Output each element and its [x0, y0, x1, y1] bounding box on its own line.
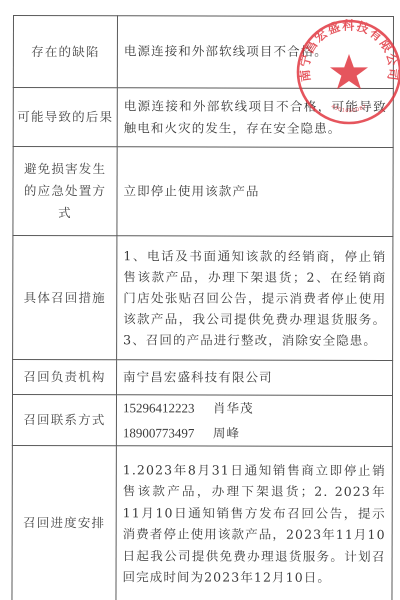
table-row-schedule: 召回进度安排 1.2023年8月31日通知销售商立即停止销售该款产品，办理下架退…	[12, 445, 392, 600]
label-contact: 召回联系方式	[12, 395, 116, 446]
label-schedule: 召回进度安排	[12, 445, 116, 600]
table-row-defect: 存在的缺陷 电源连接和外部软线项目不合格。	[13, 16, 393, 89]
table-row-consequence: 可能导致的后果 电源连接和外部软线项目不合格，可能导致触电和火灾的发生，存在安全…	[13, 88, 393, 148]
value-consequence: 电源连接和外部软线项目不合格，可能导致触电和火灾的发生，存在安全隐患。	[117, 88, 393, 148]
label-defect: 存在的缺陷	[13, 16, 117, 88]
contact-line-2: 18900773497周峰	[123, 420, 386, 446]
contact-phone-1: 15296412223	[123, 395, 203, 420]
label-responsible: 召回负责机构	[13, 360, 117, 395]
table-row-responsible: 召回负责机构 南宁昌宏盛科技有限公司	[13, 360, 393, 396]
label-measures: 具体召回措施	[13, 236, 117, 360]
contact-name-2: 周峰	[213, 426, 240, 441]
value-schedule: 1.2023年8月31日通知销售商立即停止销售该款产品，办理下架退货；2. 20…	[116, 446, 392, 600]
value-emergency: 立即停止使用该款产品	[117, 147, 393, 237]
value-defect: 电源连接和外部软线项目不合格。	[117, 16, 393, 89]
recall-notice-sheet: 存在的缺陷 电源连接和外部软线项目不合格。 可能导致的后果 电源连接和外部软线项…	[11, 15, 393, 593]
value-contact: 15296412223肖华茂 18900773497周峰	[116, 395, 392, 447]
label-emergency-text: 避免损害发生的应急处置方式	[21, 158, 109, 224]
table-row-contact: 召回联系方式 15296412223肖华茂 18900773497周峰	[12, 395, 392, 447]
recall-info-table: 存在的缺陷 电源连接和外部软线项目不合格。 可能导致的后果 电源连接和外部软线项…	[11, 15, 394, 600]
label-consequence: 可能导致的后果	[13, 88, 117, 147]
table-row-emergency: 避免损害发生的应急处置方式 立即停止使用该款产品	[13, 147, 393, 237]
contact-name-1: 肖华茂	[213, 401, 254, 416]
contact-phone-2: 18900773497	[123, 420, 203, 445]
table-row-measures: 具体召回措施 1、电话及书面通知该款的经销商，停止销售该款产品，办理下架退货；2…	[13, 236, 393, 361]
label-emergency: 避免损害发生的应急处置方式	[13, 147, 117, 236]
value-measures: 1、电话及书面通知该款的经销商，停止销售该款产品，办理下架退货；2、在经销商门店…	[117, 236, 393, 361]
contact-line-1: 15296412223肖华茂	[123, 395, 386, 421]
value-responsible: 南宁昌宏盛科技有限公司	[117, 360, 393, 396]
